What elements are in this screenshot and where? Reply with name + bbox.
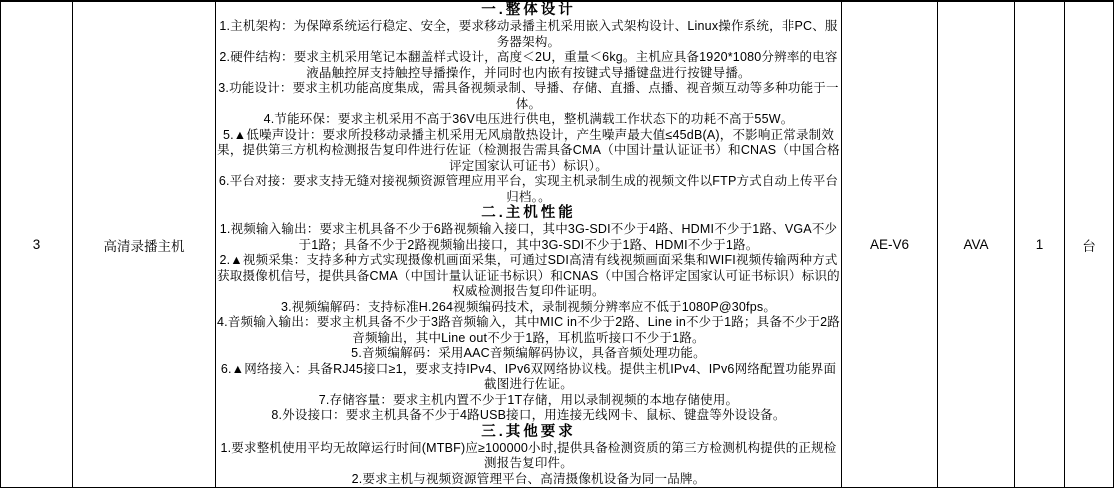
spec-item: 3.功能设计：要求主机功能高度集成，需具备视频录制、导播、存储、直播、点播、视音… <box>216 81 841 112</box>
equipment-spec-table: 3 高清录播主机 一.整体设计1.主机架构：为保障系统运行稳定、安全，要求移动录… <box>0 0 1114 488</box>
spec-item: 4.节能环保：要求主机采用不高于36V电压进行供电，整机满载工作状态下的功耗不高… <box>216 112 841 128</box>
spec-item: 5.▲低噪声设计：要求所投移动录播主机采用无风扇散热设计，产生噪声最大值≤45d… <box>216 128 841 175</box>
model-cell: AE-V6 <box>842 1 938 488</box>
spec-item: 1.要求整机使用平均无故障运行时间(MTBF)应≥100000小时,提供具备检测… <box>216 441 841 472</box>
unit-cell: 台 <box>1065 1 1114 488</box>
spec-item: 2.▲视频采集：支持多种方式实现摄像机画面采集，可通过SDI高清有线视频画面采集… <box>216 253 841 300</box>
quantity-cell: 1 <box>1015 1 1065 488</box>
spec-item: 6.▲网络接入：具备RJ45接口≥1，要求支持IPv4、IPv6双网络协议栈。提… <box>216 362 841 393</box>
row-index-cell: 3 <box>1 1 73 488</box>
spec-item: 4.音频输入输出：要求主机具备不少于3路音频输入，其中MIC in不少于2路、L… <box>216 315 841 346</box>
spec-item: 7.存储容量：要求主机内置不少于1T存储，用以录制视频的本地存储使用。 <box>216 393 841 409</box>
spec-section-heading: 一.整体设计 <box>216 2 841 19</box>
document-page: 3 高清录播主机 一.整体设计1.主机架构：为保障系统运行稳定、安全，要求移动录… <box>0 0 1116 501</box>
spec-cell: 一.整体设计1.主机架构：为保障系统运行稳定、安全，要求移动录播主机采用嵌入式架… <box>216 1 842 488</box>
spec-item: 1.视频输入输出：要求主机具备不少于6路视频输入接口，其中3G-SDI不少于4路… <box>216 222 841 253</box>
spec-section-heading: 三.其他要求 <box>216 424 841 441</box>
spec-section-heading: 二.主机性能 <box>216 205 841 222</box>
spec-item: 6.平台对接：要求支持无缝对接视频资源管理应用平台，实现主机录制生成的视频文件以… <box>216 174 841 205</box>
spec-item: 5.音频编解码：采用AAC音频编解码协议，具备音频处理功能。 <box>216 346 841 362</box>
spec-content: 一.整体设计1.主机架构：为保障系统运行稳定、安全，要求移动录播主机采用嵌入式架… <box>216 2 841 487</box>
table-row: 3 高清录播主机 一.整体设计1.主机架构：为保障系统运行稳定、安全，要求移动录… <box>1 1 1114 488</box>
spec-item: 1.主机架构：为保障系统运行稳定、安全，要求移动录播主机采用嵌入式架构设计、Li… <box>216 19 841 50</box>
spec-item: 2.要求主机与视频资源管理平台、高清摄像机设备为同一品牌。 <box>216 472 841 488</box>
spec-item: 2.硬件结构：要求主机采用笔记本翻盖样式设计，高度＜2U，重量＜6kg。主机应具… <box>216 50 841 81</box>
spec-item: 3.视频编解码：支持标准H.264视频编码技术，录制视频分辨率应不低于1080P… <box>216 300 841 316</box>
brand-cell: AVA <box>938 1 1015 488</box>
spec-item: 8.外设接口：要求主机具备不少于4路USB接口，用连接无线网卡、鼠标、键盘等外设… <box>216 408 841 424</box>
item-name-cell: 高清录播主机 <box>73 1 216 488</box>
